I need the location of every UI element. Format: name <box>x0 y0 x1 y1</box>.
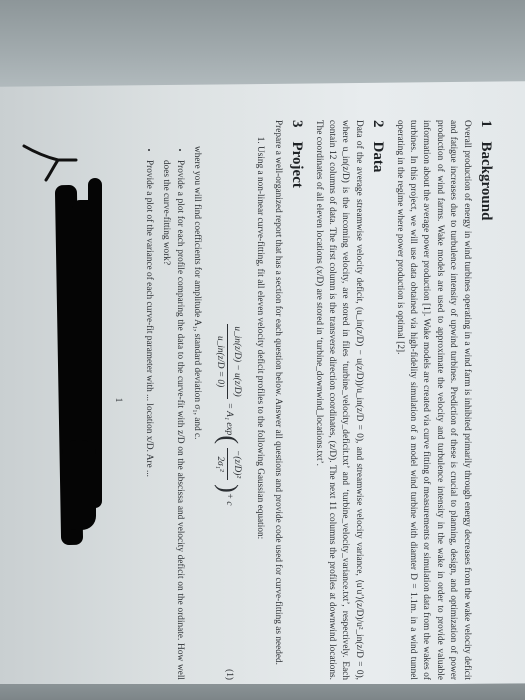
equation-explanation: where you will find coefficients for amp… <box>190 146 203 680</box>
gaussian-equation: u_in(z/D) − u(z/D) u_in(z/D = 0) = A₁ ex… <box>213 146 243 680</box>
background-paragraph: Overall production of energy in wind tur… <box>392 120 472 680</box>
data-paragraph: Data of the average streamwise velocity … <box>311 120 365 680</box>
redaction-scribble <box>62 440 96 530</box>
section-heading-data: 2Data <box>371 120 384 680</box>
section-heading-background: 1Background <box>479 120 492 680</box>
background-surface-bottom <box>0 684 525 700</box>
equation-lhs: u_in(z/D) − u(z/D) u_in(z/D = 0) <box>213 324 243 398</box>
task-bullets: Provide a plot for each profile comparin… <box>141 146 185 680</box>
task-list: Using a non-linear curve-fitting, fit al… <box>141 120 266 680</box>
bullet-item: Provide a plot of the variance of each c… <box>141 160 154 680</box>
page-number: 1 <box>112 120 125 680</box>
section-heading-project: 3Project <box>290 120 303 680</box>
handwritten-arrow-icon <box>20 140 80 185</box>
background-surface-top <box>0 0 525 92</box>
equation-number: (1) <box>221 669 234 680</box>
task-item: Using a non-linear curve-fitting, fit al… <box>141 146 266 680</box>
equation-exponent: −(z/D)² 2σ₁² <box>213 448 243 480</box>
project-paragraph: Prepare a well-organized report that has… <box>270 120 283 680</box>
bullet-item: Provide a plot for each profile comparin… <box>159 160 186 680</box>
